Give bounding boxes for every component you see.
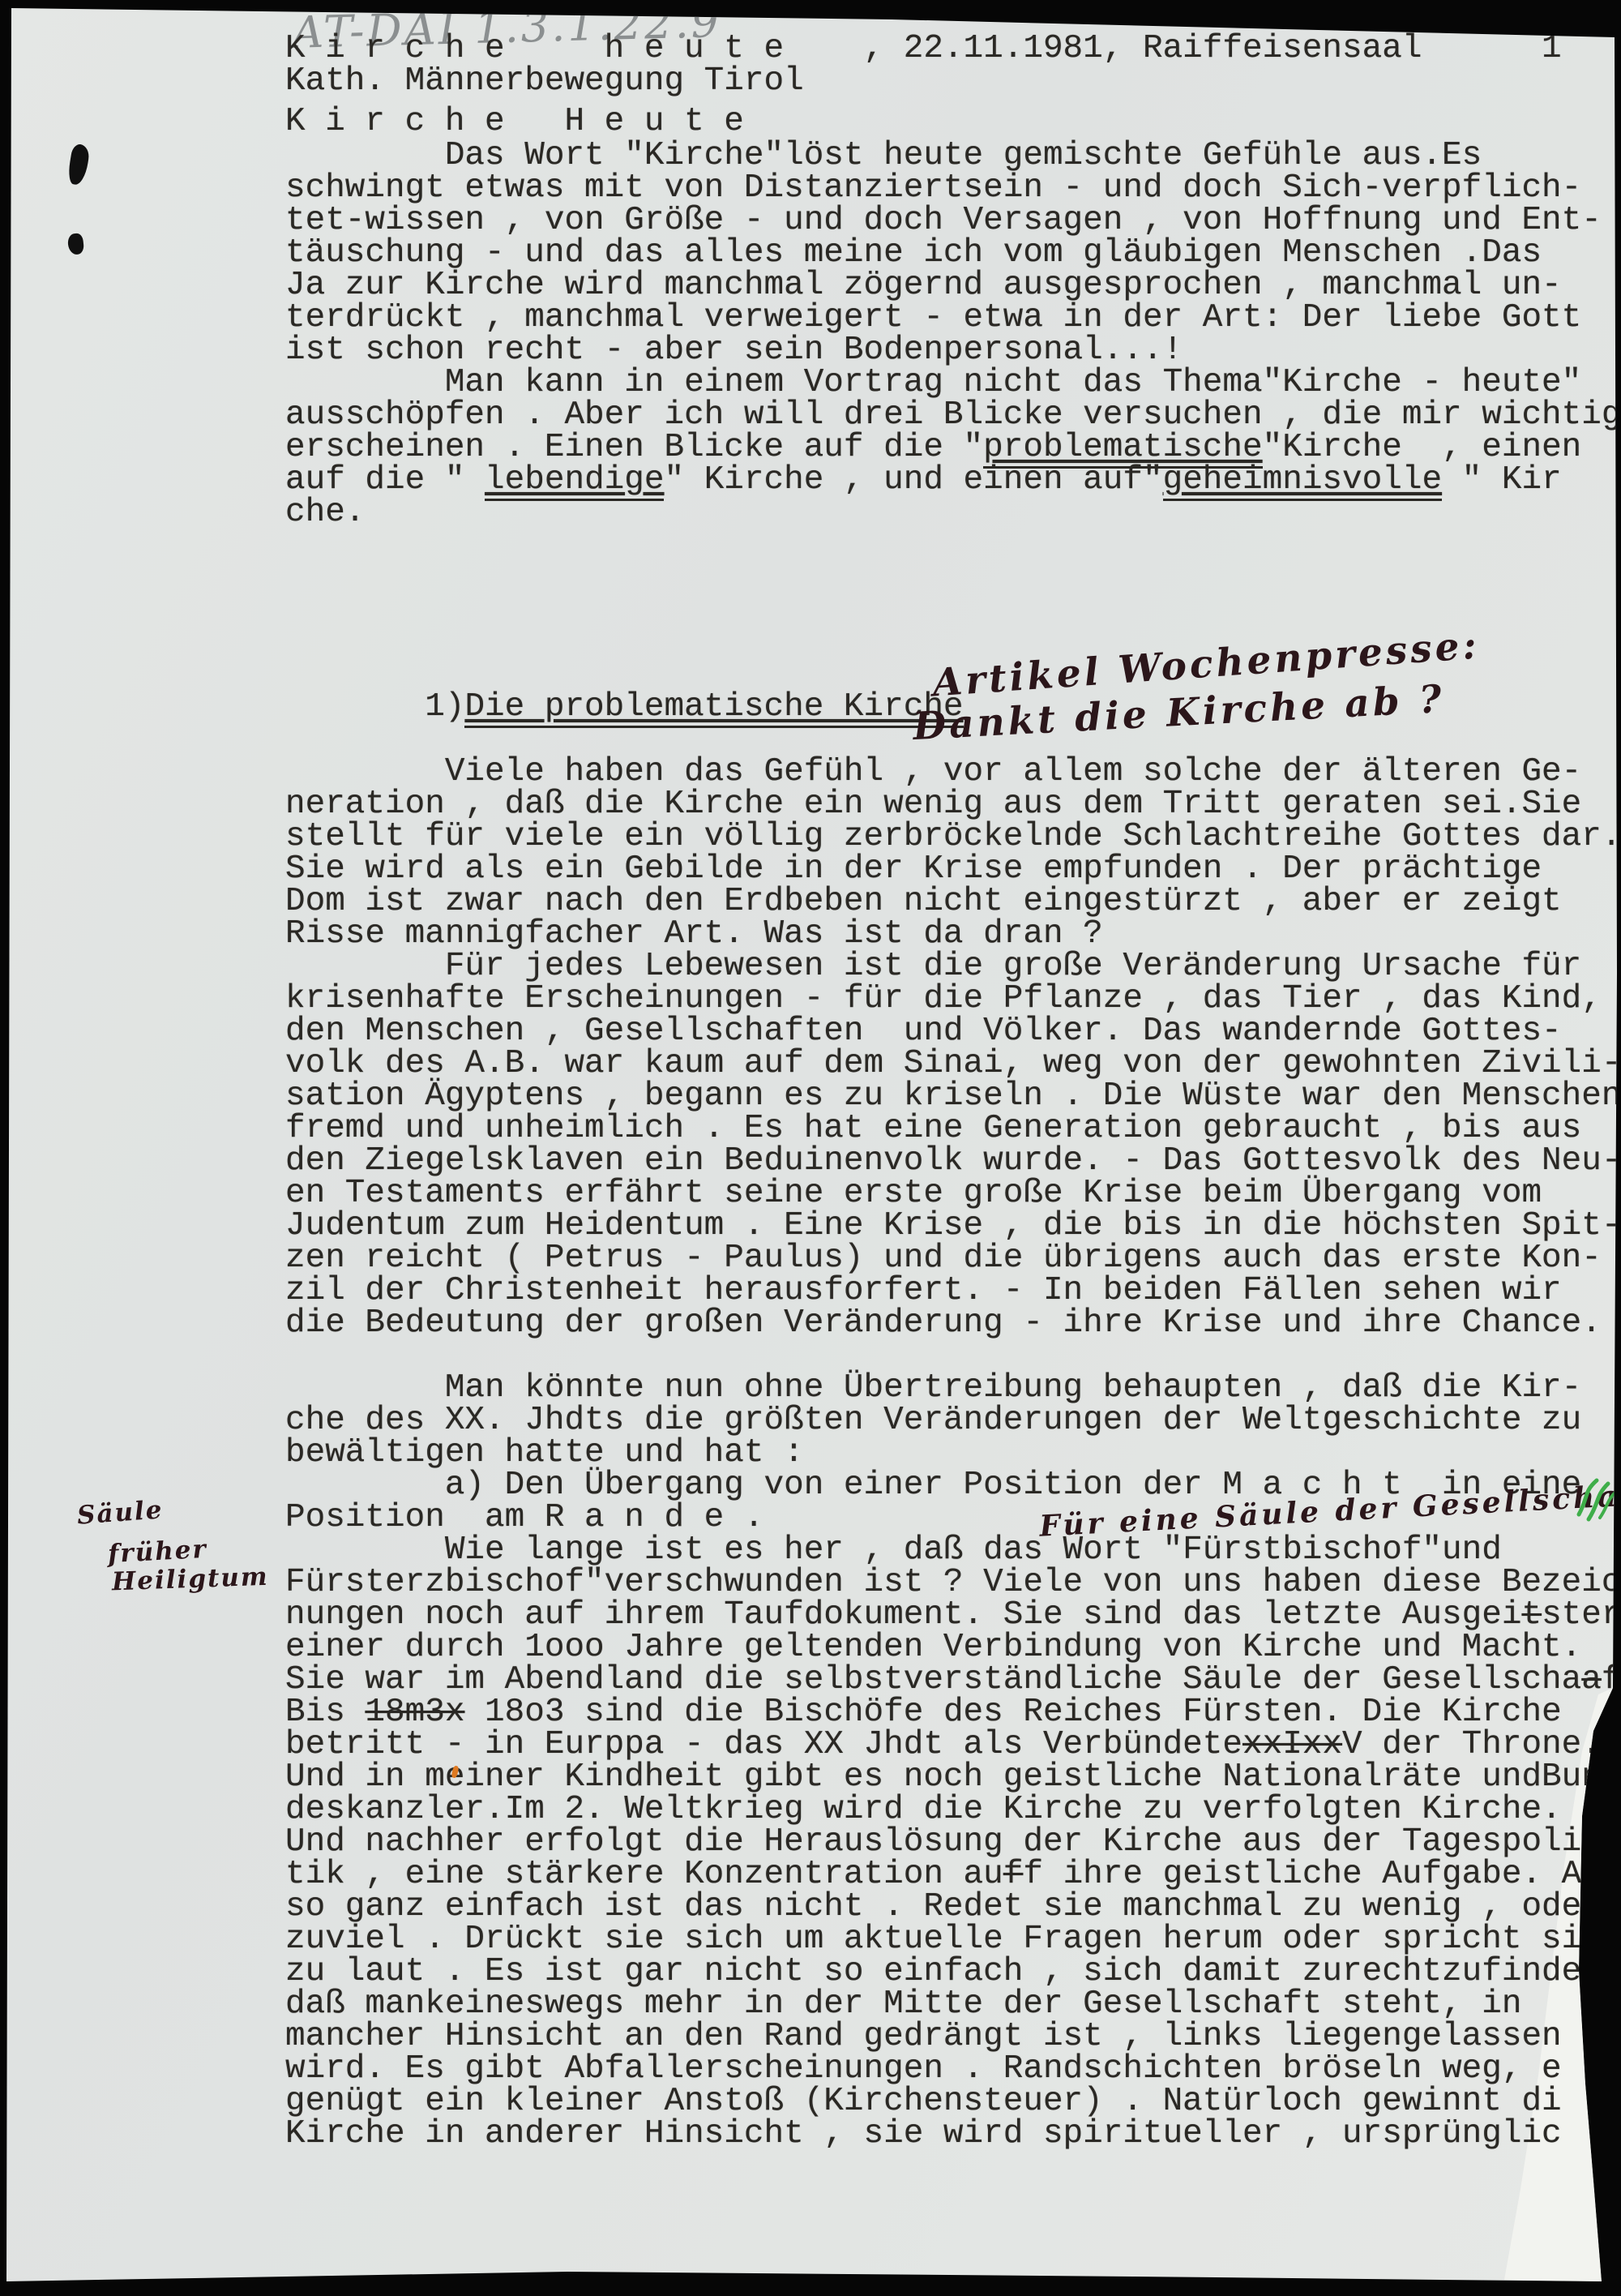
typed-line — [285, 593, 1621, 626]
typed-line: ist schon recht - aber sein Bodenpersona… — [285, 334, 1621, 366]
typed-text: " Kirche , und einen auf" — [664, 461, 1162, 499]
typed-line: genügt ein kleiner Anstoß (Kirchensteuer… — [285, 2085, 1621, 2118]
scan-background: { "colors":{"paper":"#e2e5e3","typed_ink… — [0, 0, 1621, 2296]
header-line: Kath. Männerbewegung Tirol — [285, 65, 1562, 97]
typed-line: Das Wort "Kirche"löst heute gemischte Ge… — [285, 139, 1621, 172]
typed-line: einer durch 1ooo Jahre geltenden Verbind… — [285, 1631, 1621, 1664]
typed-line: zu laut . Es ist gar nicht so einfach , … — [285, 1955, 1621, 1988]
typed-text: " Kir — [1442, 461, 1562, 499]
typed-line: Ja zur Kirche wird manchmal zögernd ausg… — [285, 269, 1621, 302]
typed-line: Man könnte nun ohne Übertreibung behaupt… — [285, 1372, 1621, 1404]
typed-line: stellt für viele ein völlig zerbröckelnd… — [285, 820, 1621, 853]
typed-line: Dom ist zwar nach den Erdbeben nicht ein… — [285, 885, 1621, 918]
margin-note-word-1: Säule — [76, 1495, 165, 1530]
typed-line: terdrückt , manchmal verweigert - etwa i… — [285, 302, 1621, 334]
green-pen-mark — [1572, 1464, 1621, 1527]
typed-line: Für jedes Lebewesen ist die große Veränd… — [285, 950, 1621, 983]
typed-line: Man kann in einem Vortrag nicht das Them… — [285, 366, 1621, 399]
typed-line: Risse mannigfacher Art. Was ist da dran … — [285, 918, 1621, 950]
typed-line: Und nachher erfolgt die Herauslösung der… — [285, 1826, 1621, 1858]
page-title: K i r c h e H e u t e — [285, 105, 744, 138]
typed-line: tik , eine stärkere Konzentration auff i… — [285, 1858, 1621, 1891]
typed-line: erscheinen . Einen Blicke auf die "probl… — [285, 431, 1621, 464]
ink-blot-top — [66, 143, 91, 186]
typed-line: wird. Es gibt Abfallerscheinungen . Rand… — [285, 2053, 1621, 2085]
typed-line: bewältigen hatte und hat : — [285, 1437, 1621, 1469]
ink-blot-bottom — [67, 233, 85, 255]
margin-note-word-2: früher — [107, 1535, 208, 1569]
typed-text: ft — [1602, 1661, 1621, 1698]
underlined-text: geheimnisvolle — [1163, 461, 1442, 501]
typed-line — [285, 529, 1621, 561]
typed-line: Fürsterzbischof"verschwunden ist ? Viele… — [285, 1566, 1621, 1599]
document-body: Das Wort "Kirche"löst heute gemischte Ge… — [285, 139, 1621, 2150]
typed-text: 1) — [285, 688, 464, 726]
typed-line: schwingt etwas mit von Distanziertsein -… — [285, 172, 1621, 204]
typed-line: so ganz einfach ist das nicht . Redet si… — [285, 1891, 1621, 1923]
typed-line: fremd und unheimlich . Es hat eine Gener… — [285, 1112, 1621, 1145]
typed-line — [285, 561, 1621, 593]
typed-line: zen reicht ( Petrus - Paulus) und die üb… — [285, 1242, 1621, 1274]
underlined-text: lebendige — [485, 461, 664, 501]
typed-line: sation Ägyptens , begann es zu kriseln .… — [285, 1080, 1621, 1112]
typed-line: Und in meiner Kindheit gibt es noch geis… — [285, 1761, 1621, 1793]
typed-line: nungen noch auf ihrem Taufdokument. Sie … — [285, 1599, 1621, 1631]
document-header: K i r c h e h e u t e , 22.11.1981, Raif… — [285, 32, 1562, 97]
typed-line: Wie lange ist es her , daß das Wort "Für… — [285, 1534, 1621, 1566]
underlined-text: Die problematische Kirche — [464, 688, 963, 728]
title-text: K i r c h e H e u t e — [285, 105, 744, 138]
typed-line: Judentum zum Heidentum . Eine Krise , di… — [285, 1210, 1621, 1242]
typed-line: den Menschen , Gesellschaften und Völker… — [285, 1015, 1621, 1047]
typed-line: krisenhafte Erscheinungen - für die Pfla… — [285, 983, 1621, 1015]
typed-line: auf die " lebendige" Kirche , und einen … — [285, 464, 1621, 496]
typed-line: Sie war im Abendland die selbstverständl… — [285, 1664, 1621, 1696]
typed-line: den Ziegelsklaven ein Beduinenvolk wurde… — [285, 1145, 1621, 1177]
typed-line: betritt - in Eurppa - das XX Jhdt als Ve… — [285, 1728, 1621, 1761]
header-line: K i r c h e h e u t e , 22.11.1981, Raif… — [285, 32, 1562, 65]
typed-line: ausschöpfen . Aber ich will drei Blicke … — [285, 399, 1621, 431]
typed-line: deskanzler.Im 2. Weltkrieg wird die Kirc… — [285, 1793, 1621, 1826]
scanned-page: AT-DAI 1.3.1.22.9 K i r c h e h e u t e … — [0, 0, 1621, 2296]
typed-line: en Testaments erfährt seine erste große … — [285, 1177, 1621, 1210]
typed-line: mancher Hinsicht an den Rand gedrängt is… — [285, 2020, 1621, 2053]
typed-line: Sie wird als ein Gebilde in der Krise em… — [285, 853, 1621, 885]
typed-line: Kirche in anderer Hinsicht , sie wird sp… — [285, 2118, 1621, 2150]
typed-line: volk des A.B. war kaum auf dem Sinai, we… — [285, 1047, 1621, 1080]
typed-line: neration , daß die Kirche ein wenig aus … — [285, 788, 1621, 820]
typed-line — [285, 1339, 1621, 1372]
typed-line: che. — [285, 496, 1621, 529]
margin-note-word-3: Heiligtum — [111, 1562, 269, 1597]
typed-line: zuviel . Drückt sie sich um aktuelle Fra… — [285, 1923, 1621, 1955]
typed-line: Bis 18m3x 18o3 sind die Bischöfe des Rei… — [285, 1696, 1621, 1728]
typed-line: zil der Christenheit herausforfert. - In… — [285, 1274, 1621, 1307]
typed-line: tet-wissen , von Größe - und doch Versag… — [285, 204, 1621, 237]
struck-text: a — [1581, 1661, 1602, 1698]
typed-line: che des XX. Jhdts die größten Veränderun… — [285, 1404, 1621, 1437]
typed-line: täuschung - und das alles meine ich vom … — [285, 237, 1621, 269]
typed-line: Viele haben das Gefühl , vor allem solch… — [285, 756, 1621, 788]
typed-line: die Bedeutung der großen Veränderung - i… — [285, 1307, 1621, 1339]
typed-line: daß mankeineswegs mehr in der Mitte der … — [285, 1988, 1621, 2020]
